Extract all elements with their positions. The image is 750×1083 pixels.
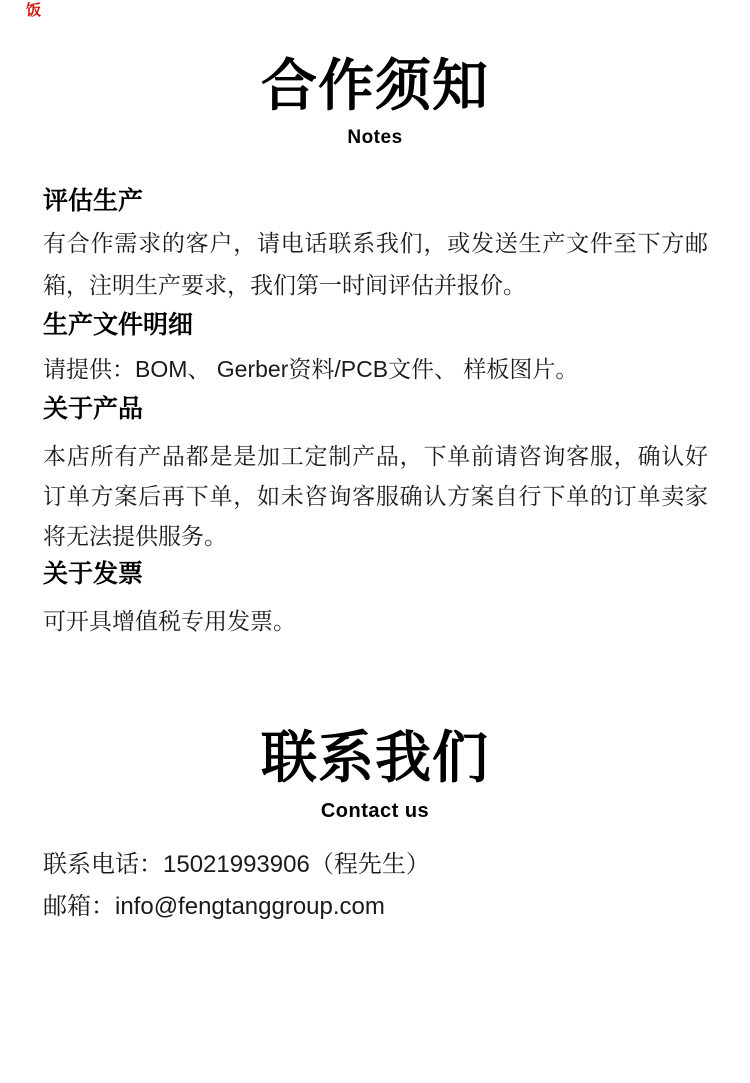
contact-email-value: info@fengtanggroup.com [115,893,385,920]
section-body-about-product: 本店所有产品都是是加工定制产品，下单前请咨询客服，确认好订单方案后再下单，如未咨… [43,436,708,556]
section-body-production-files: 请提供：BOM、 Gerber资料/PCB文件、 样板图片。 [43,348,708,390]
contact-title: 联系我们 [0,730,750,786]
contact-email-line: 邮箱：info@fengtanggroup.com [43,886,708,928]
red-watermark-mark: 饭 [26,3,41,18]
notice-subtitle: Notes [0,128,750,147]
contact-email-label: 邮箱： [43,893,115,920]
contact-phone-line: 联系电话：15021993906（程先生） [43,844,708,886]
section-body-about-invoice: 可开具增值税专用发票。 [43,600,708,642]
section-heading-evaluate-production: 评估生产 [43,186,708,216]
contact-subtitle: Contact us [0,801,750,821]
section-heading-about-product: 关于产品 [43,394,708,424]
notice-title: 合作须知 [0,58,750,114]
section-body-evaluate-production: 有合作需求的客户，请电话联系我们，或发送生产文件至下方邮箱，注明生产要求，我们第… [43,222,708,306]
section-heading-production-files: 生产文件明细 [43,310,708,340]
contact-phone-label: 联系电话： [43,851,163,878]
contact-phone-value: 15021993906（程先生） [163,851,430,878]
section-heading-about-invoice: 关于发票 [43,559,708,589]
